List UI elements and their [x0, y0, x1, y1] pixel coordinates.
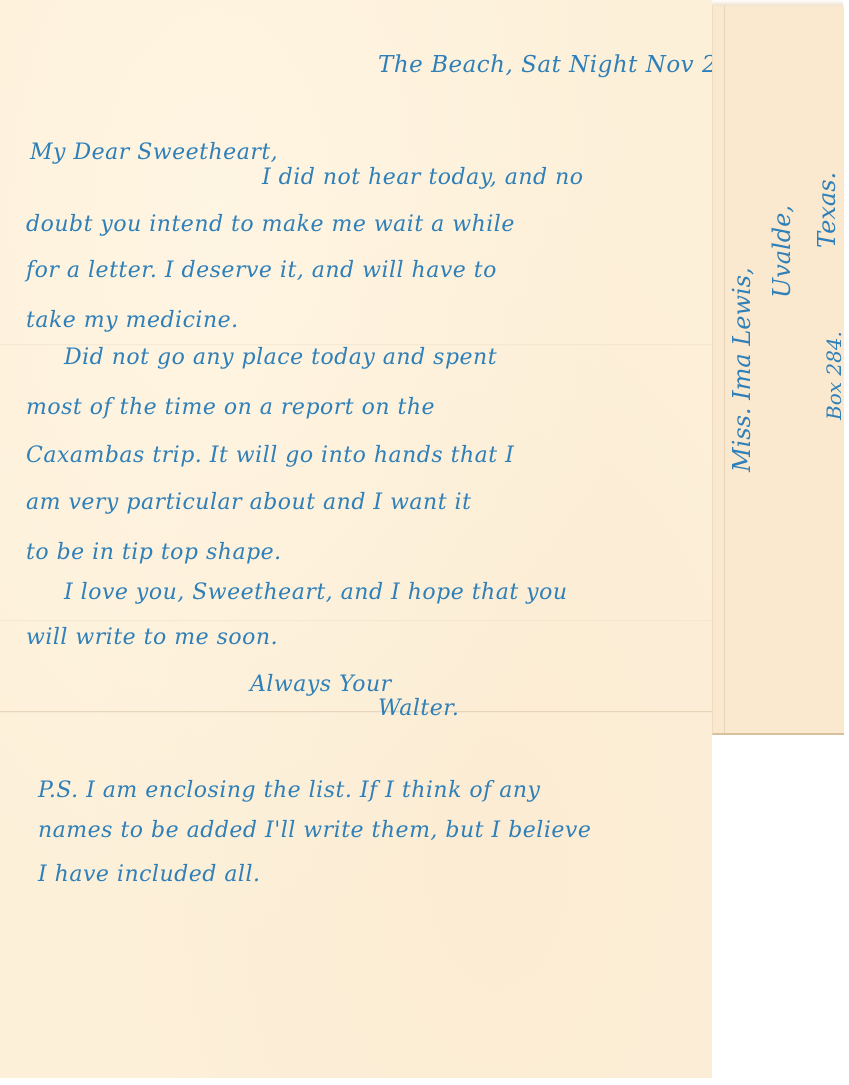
scanned-letter-page: The Beach, Sat Night Nov 21 My Dear Swee…: [0, 0, 849, 1085]
letter-signature: Walter.: [378, 696, 459, 721]
envelope-address-line: Texas.: [813, 172, 841, 248]
letter-body-line: take my medicine.: [26, 308, 239, 333]
letter-body-line: Did not go any place today and spent: [64, 345, 497, 370]
letter-body-line: to be in tip top shape.: [26, 540, 282, 565]
envelope-address-line: Box 284.: [822, 331, 846, 420]
letter-body-line: will write to me soon.: [26, 625, 278, 650]
letter-sheet: The Beach, Sat Night Nov 21 My Dear Swee…: [0, 0, 712, 1078]
envelope-address-line: Uvalde,: [768, 205, 796, 298]
letter-closing: Always Your: [250, 672, 392, 697]
letter-body-line: for a letter. I deserve it, and will hav…: [26, 258, 497, 283]
letter-body-line: doubt you intend to make me wait a while: [26, 212, 515, 237]
letter-body-line: I love you, Sweetheart, and I hope that …: [64, 580, 568, 605]
letter-salutation: My Dear Sweetheart,: [30, 140, 278, 165]
letter-postscript-line: names to be added I'll write them, but I…: [38, 818, 591, 843]
letter-postscript-line: I have included all.: [38, 862, 261, 887]
envelope-address-line: Miss. Ima Lewis,: [728, 267, 756, 472]
letter-postscript-line: P.S. I am enclosing the list. If I think…: [38, 778, 540, 803]
letter-dateline: The Beach, Sat Night Nov 21: [378, 52, 732, 78]
letter-body-line: most of the time on a report on the: [26, 395, 435, 420]
paper-fold-line: [0, 711, 712, 713]
letter-body-line: Caxambas trip. It will go into hands tha…: [26, 443, 514, 468]
paper-fold-line: [0, 620, 712, 622]
letter-body-line: I did not hear today, and no: [262, 165, 584, 190]
letter-body-line: am very particular about and I want it: [26, 490, 471, 515]
envelope-fold-line: [724, 6, 725, 733]
